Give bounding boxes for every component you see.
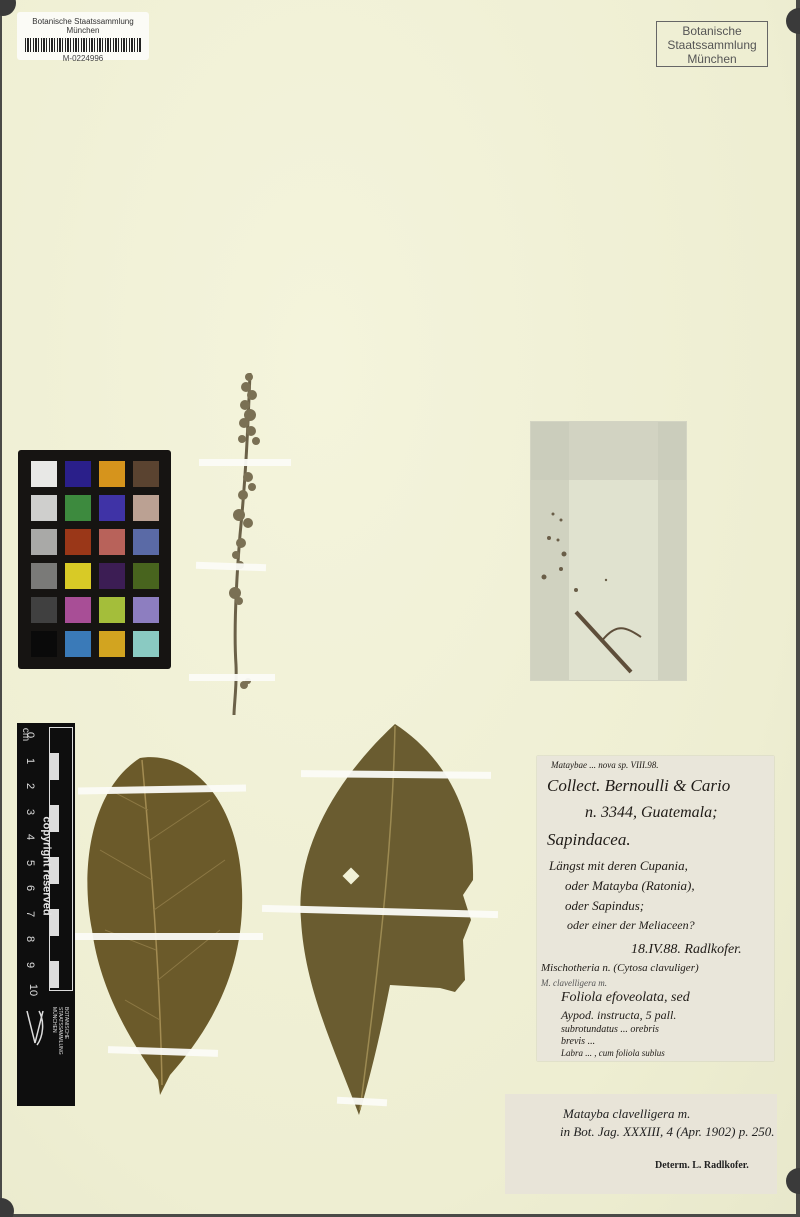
color-swatch [99,461,125,487]
color-swatch [133,563,159,589]
label-line: n. 3344, Guatemala; [585,804,717,822]
leaf-specimen-right [295,720,480,1120]
determination-label: Matayba clavelligera m. in Bot. Jag. XXX… [505,1094,777,1194]
barcode-label: Botanische Staatssammlung München M-0224… [17,12,149,60]
taxon-name: Matayba clavelligera m. [563,1106,690,1122]
label-line: oder einer der Meliaceen? [567,918,695,933]
ruler-number: 7 [24,910,36,916]
inflorescence-specimen [190,365,300,720]
ruler-scale-bar [49,727,73,991]
color-swatch [65,563,91,589]
ruler-number: 10 [27,984,39,996]
color-swatch [31,461,57,487]
determiner: Determ. L. Radlkofer. [655,1160,749,1171]
ruler-number: 6 [24,885,36,891]
label-line: M. clavelligera m. [541,978,607,988]
ruler-number: 5 [24,859,36,865]
mounting-strip [199,459,291,466]
logo-line-2: STAATSSAMMLUNG [57,1007,63,1055]
color-swatch [133,597,159,623]
color-swatch [31,495,57,521]
label-line: Labra ... , cum foliola sublus [561,1048,665,1058]
label-line: Längst mit deren Cupania, [549,858,688,874]
color-swatch [65,529,91,555]
color-swatch [133,631,159,657]
fragment-envelope [530,421,687,681]
copyright-text: copyright reserved [41,817,53,992]
label-line: oder Matayba (Ratonia), [565,878,695,894]
color-swatch [31,631,57,657]
stamp-line-2: Staatssammlung [657,38,767,52]
color-swatch [65,597,91,623]
fragment-twig [531,422,686,680]
ruler-number: 3 [24,808,36,814]
color-swatch [133,461,159,487]
label-line: subrotundatus ... orebris [561,1024,659,1035]
label-line: Foliola efoveolata, sed [561,990,690,1006]
color-swatch [99,631,125,657]
collection-label: Mataybae ... nova sp. VIII.98. Collect. … [537,756,774,1061]
ruler-number: 0 [24,732,36,738]
institution-stamp: Botanische Staatssammlung München [656,21,768,67]
color-swatch [31,563,57,589]
color-swatch [99,529,125,555]
mounting-strip [75,933,263,940]
stamp-line-3: München [657,52,767,66]
label-line: Mataybae ... nova sp. VIII.98. [551,760,658,770]
label-line: 18.IV.88. Radlkofer. [631,942,742,958]
barcode-institution: Botanische Staatssammlung München [17,17,149,35]
mounting-strip [189,674,275,681]
institution-logo: BOTANISCHE STAATSSAMMLUNG MÜNCHEN [21,1005,71,1095]
cm-scale-ruler: cm 012345678910 copyright reserved BOTAN… [17,723,75,1106]
label-line: Aypod. instructa, 5 pall. [561,1008,676,1023]
ruler-number: 8 [24,936,36,942]
color-calibration-chart [18,450,171,669]
color-swatch [31,529,57,555]
logo-icon [25,1007,47,1047]
color-swatch [31,597,57,623]
ruler-number: 2 [24,783,36,789]
color-swatch [133,529,159,555]
logo-line-1: BOTANISCHE [63,1007,69,1055]
color-swatch [99,495,125,521]
ruler-number: 9 [24,961,36,967]
stamp-line-1: Botanische [657,24,767,38]
label-line: Mischotheria n. (Cytosa clavuliger) [541,962,699,974]
label-line: brevis ... [561,1036,595,1047]
color-swatch [99,597,125,623]
barcode-icon [25,38,141,52]
ruler-number: 1 [24,757,36,763]
color-swatch [99,563,125,589]
label-line: Sapindacea. [547,830,631,850]
color-swatch [133,495,159,521]
label-line: Collect. Bernoulli & Cario [547,776,730,796]
color-swatch [65,631,91,657]
catalog-number: M-0224996 [17,54,149,63]
color-swatch [65,495,91,521]
ruler-number: 4 [24,834,36,840]
color-swatch [65,461,91,487]
publication-reference: in Bot. Jag. XXXIII, 4 (Apr. 1902) p. 25… [560,1124,774,1140]
label-line: oder Sapindus; [565,898,644,914]
